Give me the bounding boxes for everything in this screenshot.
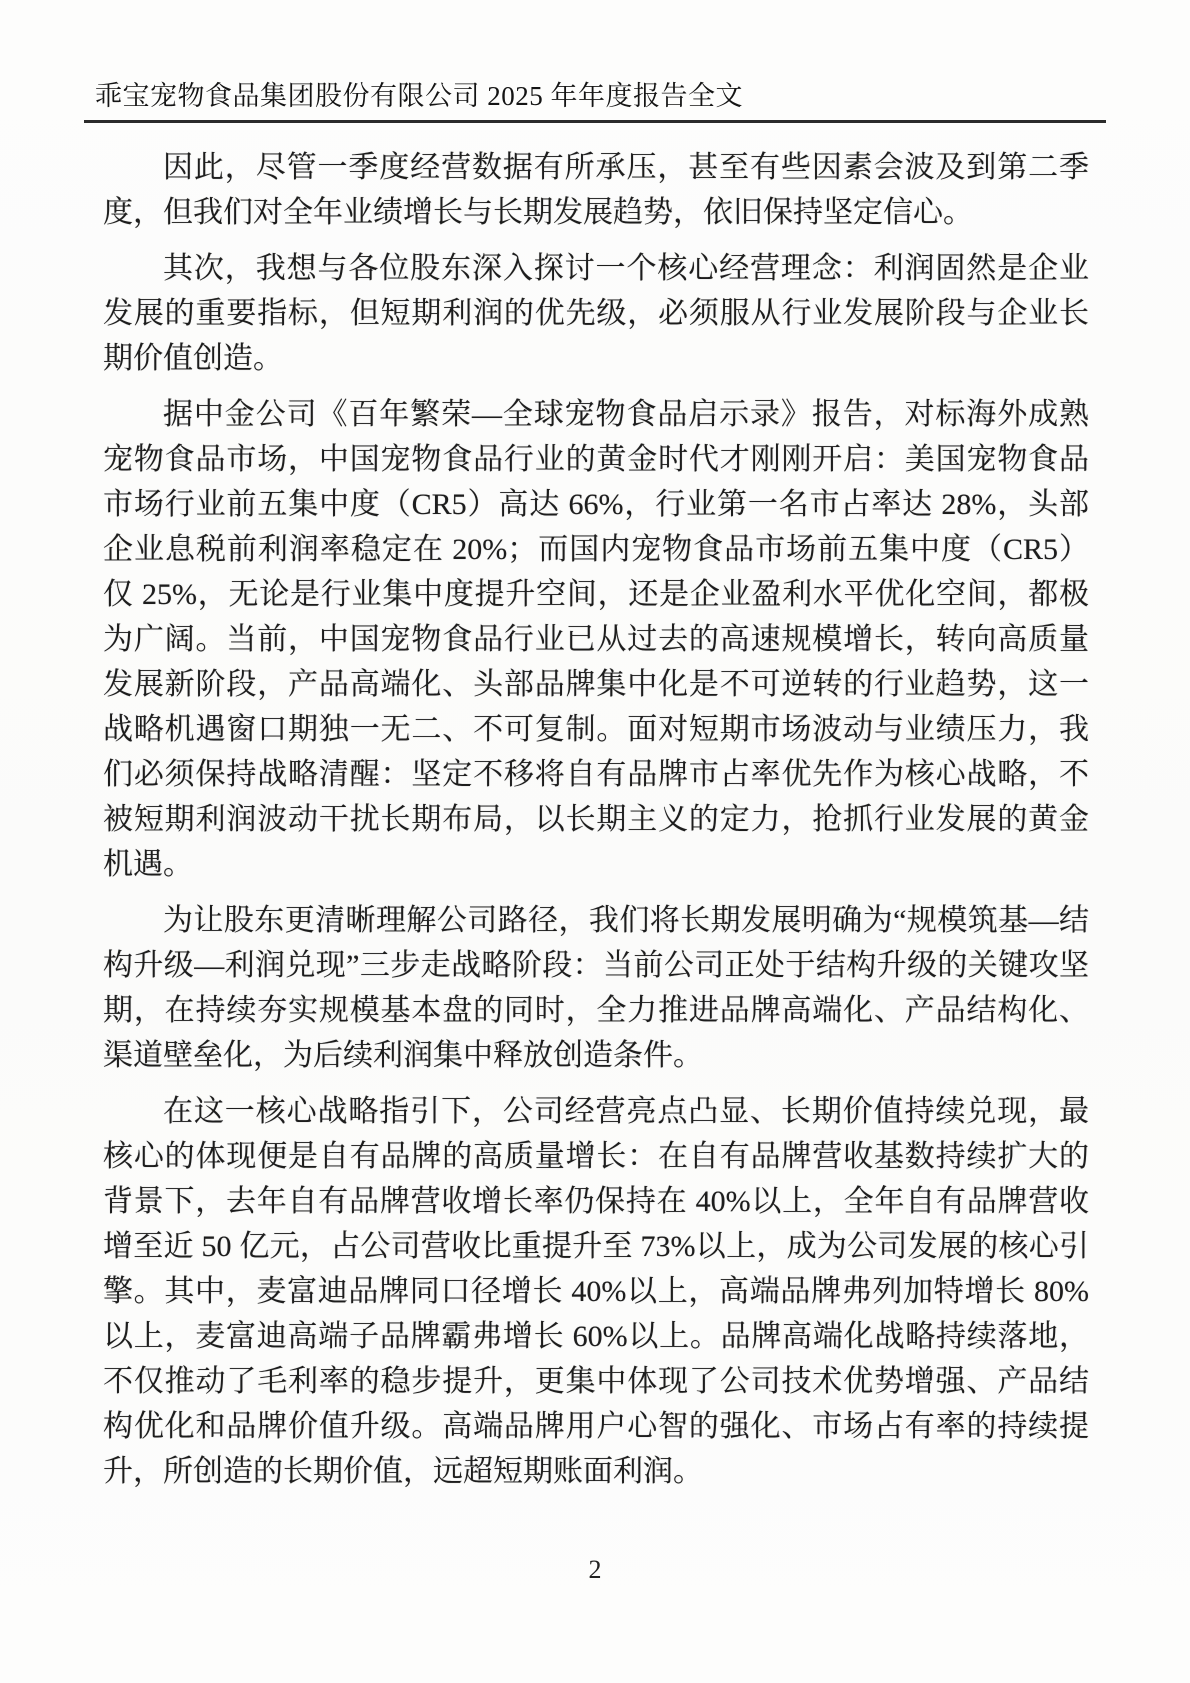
report-body: 因此，尽管一季度经营数据有所承压，甚至有些因素会波及到第二季度，但我们对全年业绩… [103, 145, 1089, 1505]
report-page: 乖宝宠物食品集团股份有限公司 2025 年年度报告全文 因此，尽管一季度经营数据… [0, 0, 1190, 1683]
page-header: 乖宝宠物食品集团股份有限公司 2025 年年度报告全文 [84, 74, 1106, 123]
report-header-title: 乖宝宠物食品集团股份有限公司 2025 年年度报告全文 [84, 74, 1106, 113]
body-paragraph-3: 据中金公司《百年繁荣—全球宠物食品启示录》报告，对标海外成熟宠物食品市场，中国宠… [103, 392, 1089, 887]
header-divider [84, 120, 1106, 123]
body-paragraph-2: 其次，我想与各位股东深入探讨一个核心经营理念：利润固然是企业发展的重要指标，但短… [103, 246, 1089, 381]
body-paragraph-1: 因此，尽管一季度经营数据有所承压，甚至有些因素会波及到第二季度，但我们对全年业绩… [103, 145, 1089, 235]
page-footer: 2 [0, 1555, 1190, 1585]
body-paragraph-5: 在这一核心战略指引下，公司经营亮点凸显、长期价值持续兑现，最核心的体现便是自有品… [103, 1089, 1089, 1494]
page-number: 2 [589, 1555, 602, 1584]
body-paragraph-4: 为让股东更清晰理解公司路径，我们将长期发展明确为“规模筑基—结构升级—利润兑现”… [103, 898, 1089, 1078]
